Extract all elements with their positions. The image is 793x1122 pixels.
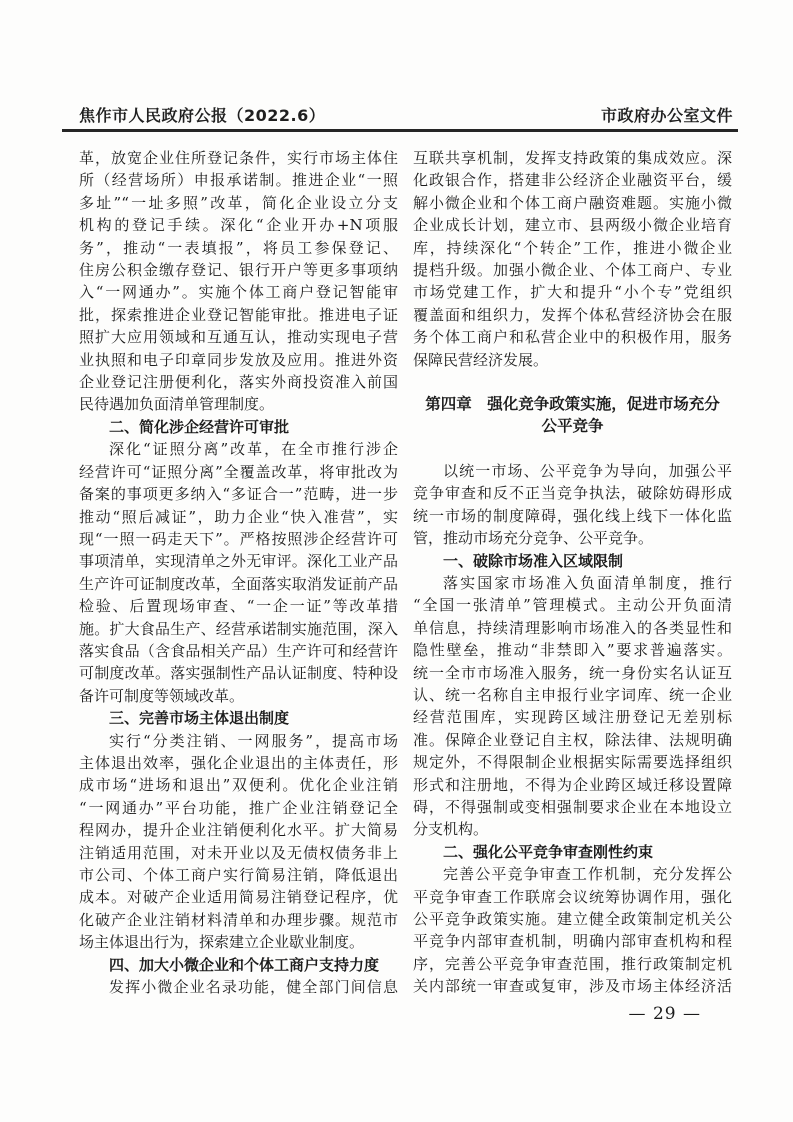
left-column: 革，放宽企业住所登记条件，实行市场主体住所（经营场所）申报承诺制。推进企业“一照… — [79, 147, 398, 998]
text-line: 革，放宽企业住所登记条件，实行市场主体住 — [79, 147, 398, 169]
text-line: 库，持续深化“个转企”工作，推进小微企业 — [413, 237, 732, 259]
text-line: 落实国家市场准入负面清单制度，推行 — [413, 572, 732, 594]
text-line: 备案的事项更多纳入“多证合一”范畴，进一步 — [79, 483, 398, 505]
section-heading-line: 二、简化涉企经营许可审批 — [79, 416, 398, 438]
text-line: 施。扩大食品生产、经营承诺制实施范围，深入 — [79, 618, 398, 640]
text-line: 以统一市场、公平竞争为导向，加强公平 — [413, 460, 732, 482]
text-line: 提档升级。加强小微企业、个体工商户、专业 — [413, 259, 732, 281]
text-line: 落实食品（含食品相关产品）生产许可和经营许 — [79, 640, 398, 662]
text-line: 隐性壁垒，推动“非禁即入”要求普遍落实。 — [413, 639, 732, 661]
text-line: 多址”“一址多照”改革，简化企业设立分支 — [79, 192, 398, 214]
section-heading-line: 一、破除市场准入区域限制 — [413, 550, 732, 572]
text-line: “一网通办”平台功能，推广企业注销登记全 — [79, 797, 398, 819]
header-rule — [62, 129, 738, 132]
text-line: 单信息，持续清理影响市场准入的各类显性和 — [413, 617, 732, 639]
section-heading-line: 四、加大小微企业和个体工商户支持力度 — [79, 954, 398, 976]
text-line: 程网办，提升企业注销便利化水平。扩大简易 — [79, 819, 398, 841]
text-line: 事项清单，实现清单之外无审评。深化工业产品 — [79, 550, 398, 572]
text-line: 碍，不得强制或变相强制要求企业在本地设立 — [413, 796, 732, 818]
text-line: 平竞争审查工作联席会议统筹协调作用，强化 — [413, 886, 732, 908]
text-line: 统一市场的制度障碍，强化线上线下一体化监 — [413, 505, 732, 527]
text-line: 企业登记注册便利化，落实外商投资准入前国 — [79, 371, 398, 393]
section-heading-line: 二、强化公平竞争审查刚性约束 — [413, 841, 732, 863]
text-line: 关内部统一审查或复审，涉及市场主体经济活 — [413, 975, 732, 997]
text-line: 主体退出效率，强化企业退出的主体责任，形 — [79, 752, 398, 774]
text-line: 统一全市市场准入服务，统一身份实名认证互 — [413, 662, 732, 684]
section-heading-line: 三、完善市场主体退出制度 — [79, 707, 398, 729]
text-line: 民待遇加负面清单管理制度。 — [79, 393, 398, 415]
text-line: “全国一张清单”管理模式。主动公开负面清 — [413, 594, 732, 616]
text-line: 现“一照一码走天下”。严格按照涉企经营许可 — [79, 528, 398, 550]
text-line: 机构的登记手续。深化“企业开办+N项服 — [79, 214, 398, 236]
text-line: 照扩大应用领域和互通互认，推动实现电子营 — [79, 326, 398, 348]
text-line: 管，推动市场充分竞争、公平竞争。 — [413, 527, 732, 549]
text-line: 生产许可证制度改革，全面落实取消发证前产品 — [79, 573, 398, 595]
header-gazette-title: 焦作市人民政府公报（2022.6） — [79, 103, 325, 126]
text-line: 成市场“进场和退出”双便利。优化企业注销 — [79, 774, 398, 796]
text-line: 市场党建工作，扩大和提升“小个专”党组织 — [413, 281, 732, 303]
chapter-heading-line: 第四章 强化竞争政策实施，促进市场充分 — [413, 393, 732, 415]
page-number: — 29 — — [629, 1004, 701, 1024]
text-line: 解小微企业和个体工商户融资难题。实施小微 — [413, 192, 732, 214]
text-line: 可制度改革。落实强制性产品认证制度、特种设 — [79, 662, 398, 684]
chapter-heading-line: 公平竞争 — [413, 415, 732, 437]
text-line: 推动“照后减证”，助力企业“快入准营”，实 — [79, 506, 398, 528]
text-line: 业执照和电子印章同步发放及应用。推进外资 — [79, 349, 398, 371]
gazette-page: 焦作市人民政府公报（2022.6） 市政府办公室文件 革，放宽企业住所登记条件，… — [0, 0, 793, 1122]
text-line: 企业成长计划，建立市、县两级小微企业培育 — [413, 214, 732, 236]
text-line: 平竞争内部审查机制，明确内部审查机构和程 — [413, 930, 732, 952]
text-line: 化破产企业注销材料清单和办理步骤。规范市 — [79, 909, 398, 931]
text-line: 覆盖面和组织力，发挥个体私营经济协会在服 — [413, 304, 732, 326]
text-line: 注销适用范围，对未开业以及无债权债务非上 — [79, 842, 398, 864]
text-line: 认、统一名称自主申报行业字词库、统一企业 — [413, 684, 732, 706]
vertical-spacer — [413, 371, 732, 393]
text-line: 成本。对破产企业适用简易注销登记程序，优 — [79, 886, 398, 908]
text-line: 所（经营场所）申报承诺制。推进企业“一照 — [79, 169, 398, 191]
text-line: 务”，推动“一表填报”，将员工参保登记、 — [79, 237, 398, 259]
text-line: 竞争审查和反不正当竞争执法，破除妨碍形成 — [413, 482, 732, 504]
text-line: 准。保障企业登记自主权，除法律、法规明确 — [413, 729, 732, 751]
text-line: 经营许可“证照分离”全覆盖改革，将审批改为 — [79, 461, 398, 483]
text-line: 经营范围库，实现跨区域注册登记无差别标 — [413, 706, 732, 728]
text-line: 公平竞争政策实施。建立健全政策制定机关公 — [413, 908, 732, 930]
text-line: 务个体工商户和私营企业中的积极作用，服务 — [413, 326, 732, 348]
text-line: 完善公平竞争审查工作机制，充分发挥公 — [413, 863, 732, 885]
text-line: 市公司、个体工商户实行简易注销，降低退出 — [79, 864, 398, 886]
text-line: 场主体退出行为，探索建立企业歇业制度。 — [79, 931, 398, 953]
header-doc-category: 市政府办公室文件 — [601, 103, 733, 126]
text-line: 批，探索推进企业登记智能审批。推进电子证 — [79, 304, 398, 326]
text-line: 序，完善公平竞争审查范围，推行政策制定机 — [413, 953, 732, 975]
text-line: 分支机构。 — [413, 818, 732, 840]
text-line: 互联共享机制，发挥支持政策的集成效应。深 — [413, 147, 732, 169]
right-column: 互联共享机制，发挥支持政策的集成效应。深化政银合作，搭建非公经济企业融资平台，缓… — [413, 147, 732, 998]
text-line: 住房公积金缴存登记、银行开户等更多事项纳 — [79, 259, 398, 281]
text-line: 规定外，不得限制企业根据实际需要选择组织 — [413, 751, 732, 773]
text-line: 检验、后置现场审查、“一企一证”等改革措 — [79, 595, 398, 617]
text-line: 发挥小微企业名录功能，健全部门间信息 — [79, 976, 398, 998]
text-line: 实行“分类注销、一网服务”，提高市场 — [79, 730, 398, 752]
text-line: 保障民营经济发展。 — [413, 349, 732, 371]
text-line: 备许可制度等领域改革。 — [79, 685, 398, 707]
vertical-spacer — [413, 438, 732, 460]
page-header: 焦作市人民政府公报（2022.6） 市政府办公室文件 — [79, 103, 733, 126]
text-line: 深化“证照分离”改革，在全市推行涉企 — [79, 438, 398, 460]
text-line: 形式和注册地，不得为企业跨区域迁移设置障 — [413, 774, 732, 796]
text-line: 入“一网通办”。实施个体工商户登记智能审 — [79, 281, 398, 303]
text-line: 化政银合作，搭建非公经济企业融资平台，缓 — [413, 169, 732, 191]
document-body: 革，放宽企业住所登记条件，实行市场主体住所（经营场所）申报承诺制。推进企业“一照… — [79, 147, 732, 998]
